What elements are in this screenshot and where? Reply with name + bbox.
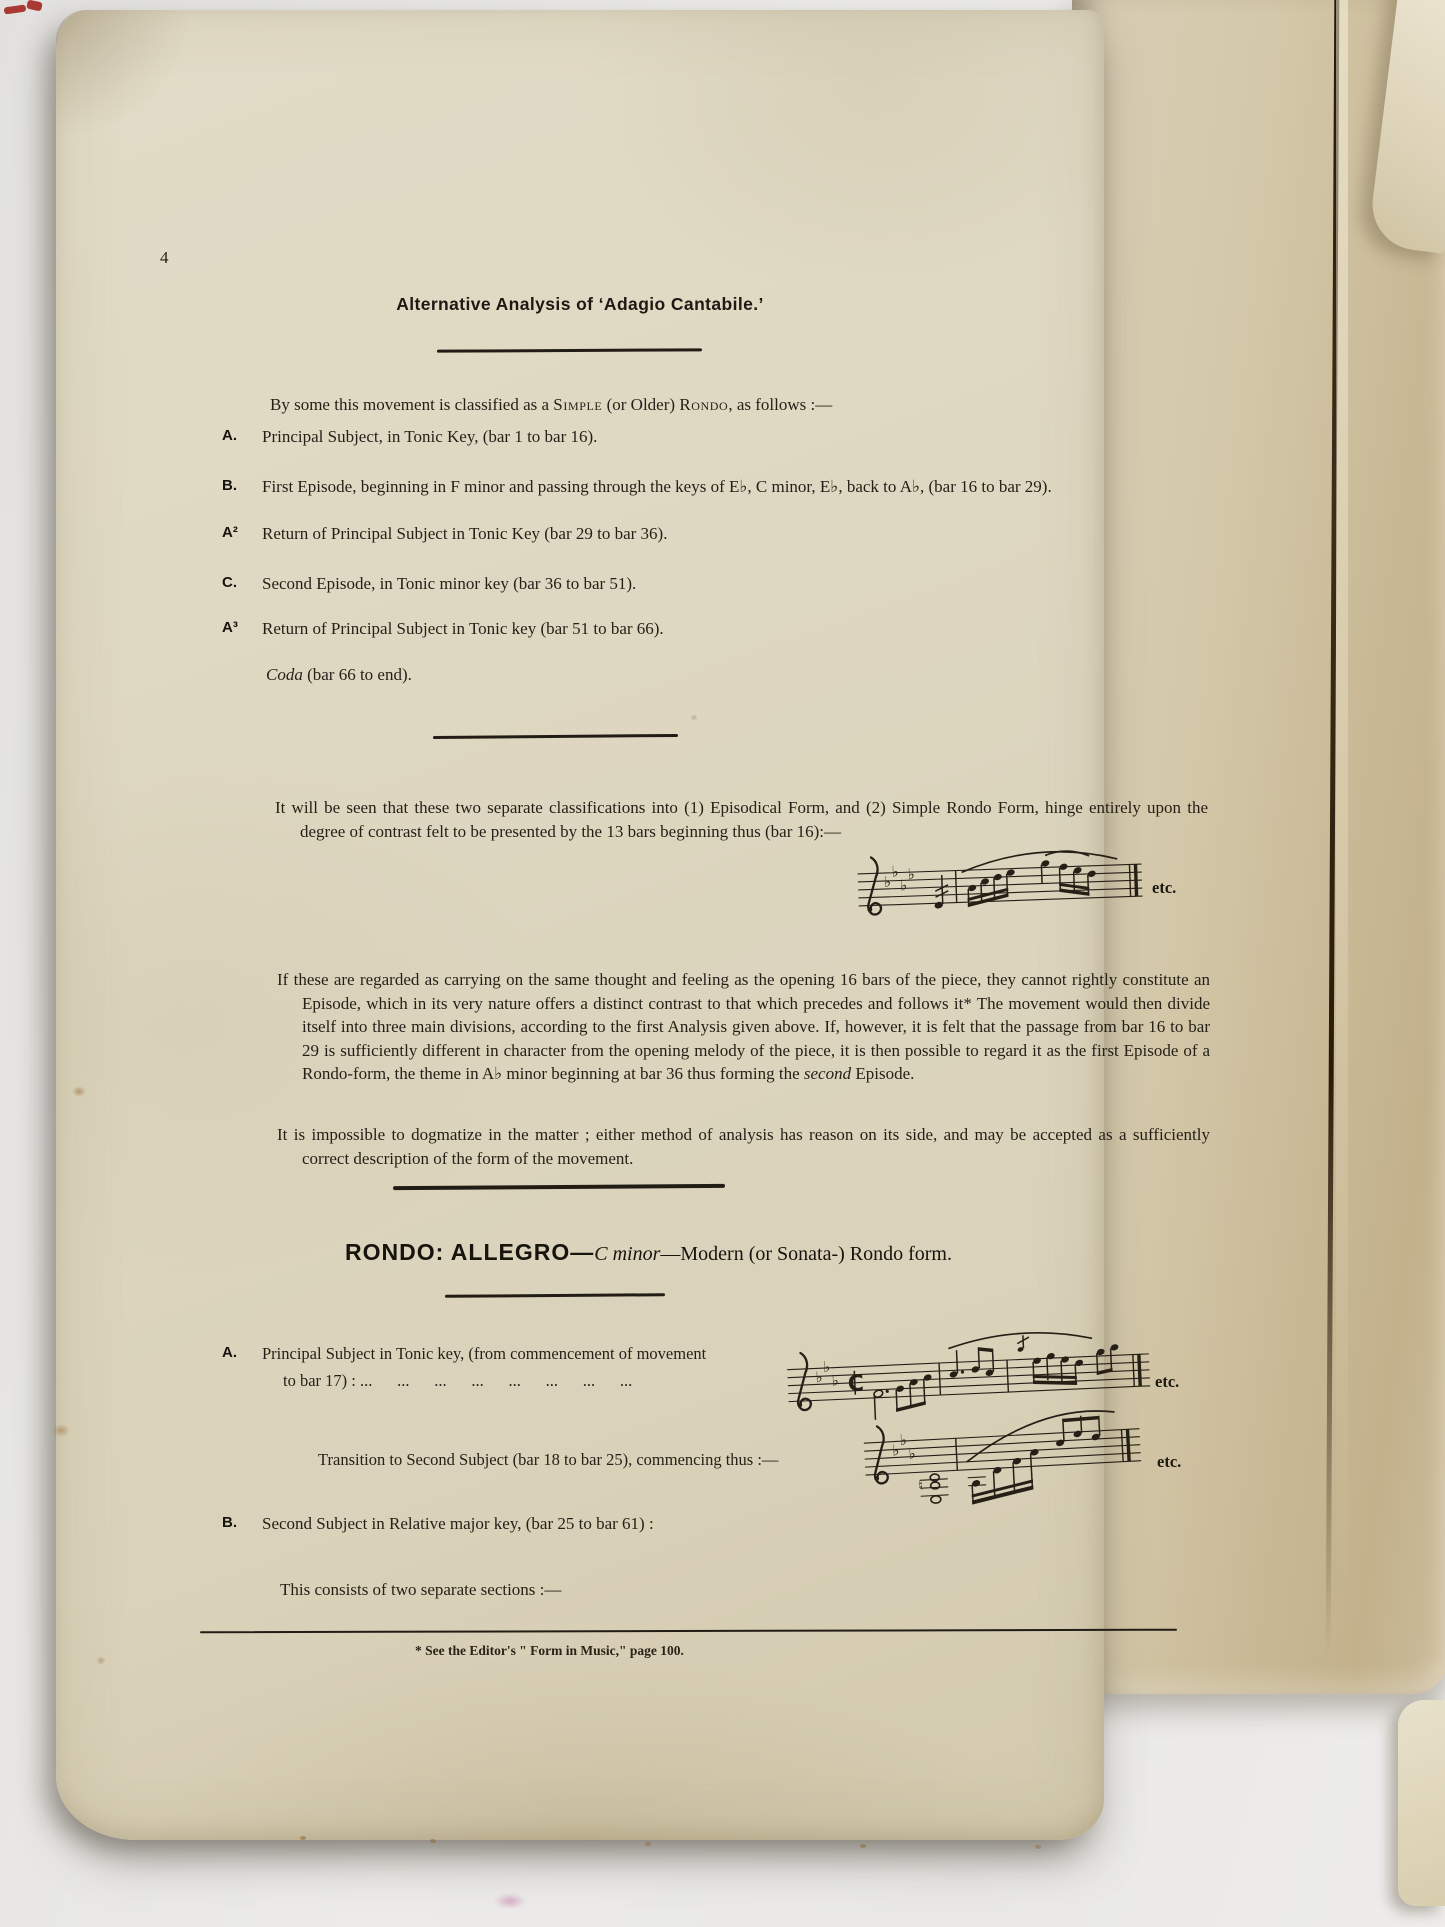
section-b-text: Second Subject in Relative major key, (b… — [262, 1512, 962, 1536]
hinge-paragraph: It will be seen that these two separate … — [275, 796, 1208, 843]
book-page-photo: 4 Alternative Analysis of ‘Adagio Cantab… — [0, 0, 1445, 1927]
intro-pre: By some this movement is classified as a — [270, 395, 553, 414]
analysis-item-label: C. — [222, 574, 237, 591]
footnote-rule — [200, 1629, 1177, 1634]
svg-text:♭: ♭ — [831, 1371, 839, 1389]
divider-rule — [433, 734, 678, 739]
svg-text:♭: ♭ — [884, 873, 892, 891]
heading-key: C minor — [594, 1243, 660, 1265]
analysis-item-text: Return of Principal Subject in Tonic key… — [262, 617, 1192, 641]
if-text-1: If these are regarded as carrying on the… — [277, 970, 1210, 1083]
analysis-item-label: A³ — [222, 619, 238, 636]
intro-mid: (or Older) — [602, 395, 679, 414]
intro-smallcaps-simple: Simple — [553, 395, 602, 414]
svg-text:♭: ♭ — [899, 1431, 907, 1449]
coda-item: Coda (bar 66 to end). — [266, 663, 1196, 687]
divider-rule — [445, 1293, 665, 1297]
heading-bold: RONDO: ALLEGRO — [345, 1239, 570, 1265]
dogmatize-paragraph: It is impossible to dogmatize in the mat… — [277, 1123, 1210, 1170]
section-a-line1: Principal Subject in Tonic key, (from co… — [262, 1342, 822, 1366]
svg-text:♮: ♮ — [918, 1478, 924, 1494]
svg-text:♭: ♭ — [815, 1368, 823, 1386]
etc-label: etc. — [1152, 878, 1176, 898]
music-notation-transition-icon: ♭♭ ♭ ♮ — [852, 1400, 1149, 1523]
coda-word: Coda — [266, 665, 303, 684]
section-a-line2: to bar 17) : ... ... ... ... ... ... ...… — [283, 1369, 843, 1393]
svg-text:♭: ♭ — [823, 1358, 831, 1376]
etc-label: etc. — [1157, 1452, 1181, 1472]
heading-dash: — — [570, 1239, 594, 1265]
analysis-item-text: Principal Subject, in Tonic Key, (bar 1 … — [262, 425, 1192, 449]
page-number: 4 — [160, 246, 169, 270]
divider-rule — [437, 348, 702, 352]
svg-text:♭: ♭ — [900, 876, 908, 894]
section-b-label: B. — [222, 1514, 237, 1531]
intro-post: , as follows :— — [728, 395, 832, 414]
music-notation-bar16-icon: ♭♭ ♭♭ — [849, 838, 1152, 926]
if-text-2: Episode. — [851, 1064, 914, 1083]
section-a-label: A. — [222, 1344, 237, 1361]
rondo-allegro-heading: RONDO: ALLEGRO—C minor—Modern (or Sonata… — [345, 1239, 1045, 1266]
coda-rest: (bar 66 to end). — [303, 665, 412, 684]
heading-rest: Modern (or Sonata-) Rondo form. — [680, 1243, 952, 1265]
svg-text:♭: ♭ — [892, 1441, 900, 1459]
analysis-item-label: B. — [222, 477, 237, 494]
transition-text: Transition to Second Subject (bar 18 to … — [318, 1448, 878, 1472]
intro-paragraph: By some this movement is classified as a… — [270, 393, 970, 417]
divider-rule — [393, 1184, 725, 1190]
analysis-item-text: Second Episode, in Tonic minor key (bar … — [262, 572, 1192, 596]
intro-smallcaps-rondo: Rondo — [679, 395, 728, 414]
heading-dash: — — [660, 1243, 680, 1265]
analysis-item-text: Return of Principal Subject in Tonic Key… — [262, 522, 1192, 546]
consists-text: This consists of two separate sections :… — [280, 1578, 880, 1602]
svg-text:♭: ♭ — [908, 1444, 916, 1462]
if-paragraph: If these are regarded as carrying on the… — [277, 968, 1210, 1086]
printed-content: 4 Alternative Analysis of ‘Adagio Cantab… — [0, 0, 1445, 1927]
if-italic-second: second — [804, 1064, 851, 1083]
analysis-item-label: A. — [222, 427, 237, 444]
etc-label: etc. — [1155, 1372, 1179, 1392]
page-title: Alternative Analysis of ‘Adagio Cantabil… — [300, 294, 860, 315]
svg-text:♭: ♭ — [907, 865, 915, 883]
analysis-item-text: First Episode, beginning in F minor and … — [262, 475, 1192, 499]
analysis-item-label: A² — [222, 524, 238, 541]
footnote: * See the Editor's " Form in Music," pag… — [415, 1643, 975, 1659]
svg-text:♭: ♭ — [891, 863, 899, 881]
